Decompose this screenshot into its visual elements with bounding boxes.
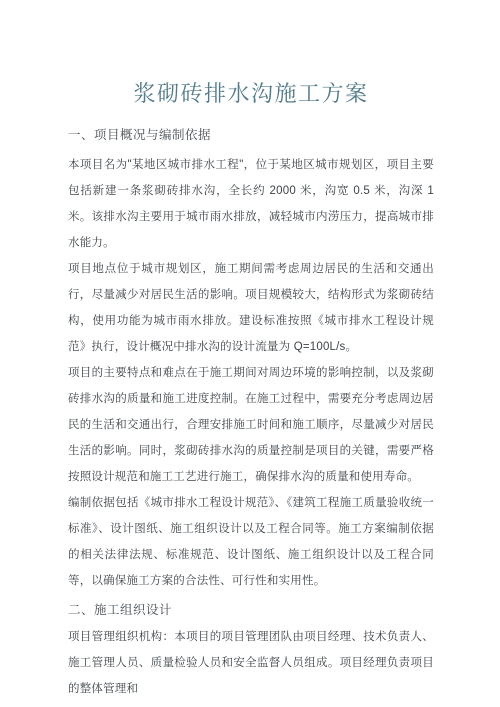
document-title: 浆砌砖排水沟施工方案 (68, 78, 434, 110)
paragraph-project-difficulties: 项目的主要特点和难点在于施工期间对周边环境的影响控制，以及浆砌砖排水沟的质量和施… (68, 360, 434, 490)
document-page: 浆砌砖排水沟施工方案 一、项目概况与编制依据 本项目名为"某地区城市排水工程"，… (0, 0, 500, 707)
paragraph-management-organization: 项目管理组织机构：本项目的项目管理团队由项目经理、技术负责人、施工管理人员、质量… (68, 624, 434, 702)
paragraph-project-location: 项目地点位于城市规划区，施工期间需考虑周边居民的生活和交通出行，尽量减少对居民生… (68, 256, 434, 360)
paragraph-project-description: 本项目名为"某地区城市排水工程"，位于某地区城市规划区，项目主要包括新建一条浆砌… (68, 152, 434, 256)
section-heading-project-overview: 一、项目概况与编制依据 (68, 126, 434, 144)
paragraph-compilation-basis: 编制依据包括《城市排水工程设计规范》、《建筑工程施工质量验收统一标准》、设计图纸… (68, 490, 434, 594)
section-heading-construction-organization: 二、施工组织设计 (68, 601, 434, 619)
